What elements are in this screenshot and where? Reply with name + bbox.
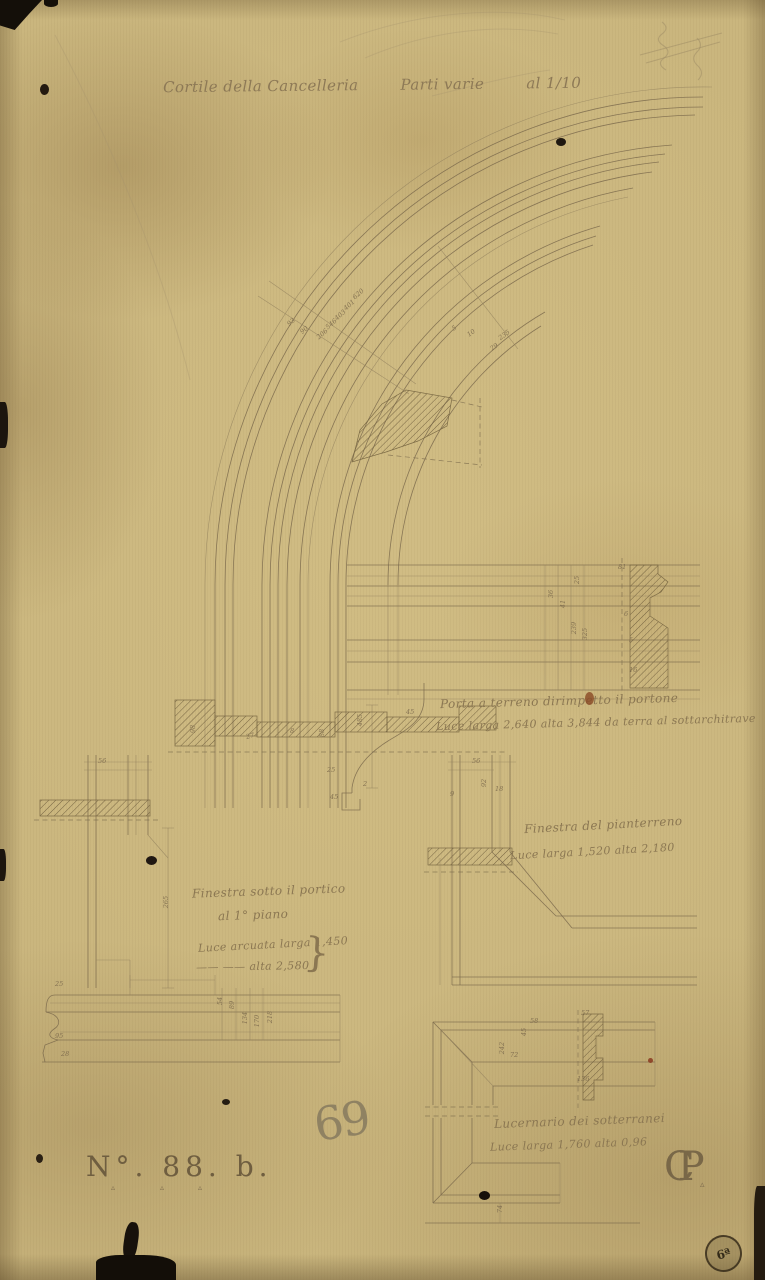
- dimension-label: 56: [472, 757, 480, 765]
- rust-stain: [585, 692, 594, 705]
- ink-spot: [146, 856, 157, 865]
- dimension-label: 45: [520, 1028, 528, 1036]
- caption-portico-line2: al 1° piano: [218, 907, 289, 923]
- ink-spot: [36, 1154, 43, 1163]
- impost-section: [347, 558, 700, 700]
- dimension-label: 325: [581, 628, 589, 640]
- dimension-label: 45: [406, 708, 414, 716]
- ink-spot: [556, 138, 566, 146]
- cp-monogram: CP: [664, 1144, 688, 1190]
- dimension-label: 16: [629, 666, 637, 674]
- dimension-label: 25: [55, 980, 63, 988]
- dimension-label: 45: [330, 793, 338, 801]
- dimension-label: 170: [253, 1015, 261, 1027]
- dark-edge-left: [0, 849, 6, 881]
- dimension-label: 239: [570, 622, 578, 634]
- dimension-label: 28: [61, 1050, 69, 1058]
- dimension-label: 92: [480, 779, 488, 787]
- right-window-detail: [424, 755, 697, 985]
- dimension-label: 242: [498, 1042, 506, 1054]
- dimension-label: 56: [98, 757, 106, 765]
- dark-edge-bottom: [96, 1255, 176, 1280]
- dimension-label: 9: [450, 790, 454, 798]
- dark-edge-left: [0, 402, 8, 448]
- dimension-label: 57: [581, 1009, 589, 1017]
- pencil-inventory-number: 69: [310, 1090, 372, 1152]
- dimension-label: 74: [496, 1205, 504, 1213]
- dimension-label: 8: [290, 727, 294, 735]
- radial-dimension-lines: [258, 246, 518, 394]
- dimension-label: 95: [55, 1032, 63, 1040]
- dimension-label: ▵: [160, 1183, 164, 1192]
- dimension-label: 81: [618, 563, 626, 571]
- dimension-label: 89: [228, 1001, 236, 1009]
- dark-edge-right: [754, 1186, 765, 1280]
- drawing-linework: [0, 0, 765, 1280]
- sill-profile: [42, 975, 340, 1062]
- dimension-label: 134: [241, 1012, 249, 1024]
- dimension-label: 58: [530, 1017, 538, 1025]
- tape-remnant-top-edge: [44, 0, 58, 7]
- ink-spot: [40, 84, 49, 95]
- dimension-label: 5: [629, 636, 633, 644]
- dimension-label: 54: [216, 997, 224, 1005]
- title-part-location: Cortile della Cancelleria: [163, 76, 359, 96]
- console-profile: [342, 683, 424, 810]
- title-part-subject: Parti varie: [400, 75, 484, 94]
- dimension-label: 485: [356, 714, 364, 726]
- dimension-label: ▵: [198, 1183, 202, 1192]
- dimension-label: 6: [624, 610, 628, 618]
- dimension-label: 36: [547, 590, 555, 598]
- left-window-detail: [34, 755, 174, 988]
- voussoir-stone: [352, 390, 482, 468]
- dimension-label: ▵: [700, 1180, 705, 1190]
- stamp-number: 6ª: [715, 1245, 732, 1262]
- sheet-number: N°. 88. b.: [86, 1150, 273, 1183]
- dimension-label: ▵: [111, 1183, 115, 1192]
- dimension-label: 2: [363, 780, 367, 788]
- ink-spot: [479, 1191, 490, 1200]
- rust-stain: [648, 1058, 653, 1063]
- dimension-label: 136: [577, 1075, 589, 1083]
- pencil-sketch-marks: [55, 12, 722, 380]
- title-part-scale: al 1/10: [526, 74, 581, 93]
- drawing-sheet: Cortile della Cancelleria Parti varie al…: [0, 0, 765, 1280]
- dimension-label: 25: [327, 766, 335, 774]
- dimension-label: 41: [559, 600, 567, 608]
- dimension-label: 98: [189, 725, 197, 733]
- dimension-label: 218: [266, 1011, 274, 1023]
- dimension-label: 88: [318, 729, 326, 737]
- dimension-label: 18: [495, 785, 503, 793]
- caption-portico-line4: —— —— alta 2,580: [196, 959, 310, 974]
- dimension-label: 25: [573, 576, 581, 584]
- dimension-label: 72: [510, 1051, 518, 1059]
- caption-portico-brace: }: [302, 929, 331, 977]
- ink-spot: [222, 1099, 230, 1105]
- dimension-label: 265: [162, 896, 170, 908]
